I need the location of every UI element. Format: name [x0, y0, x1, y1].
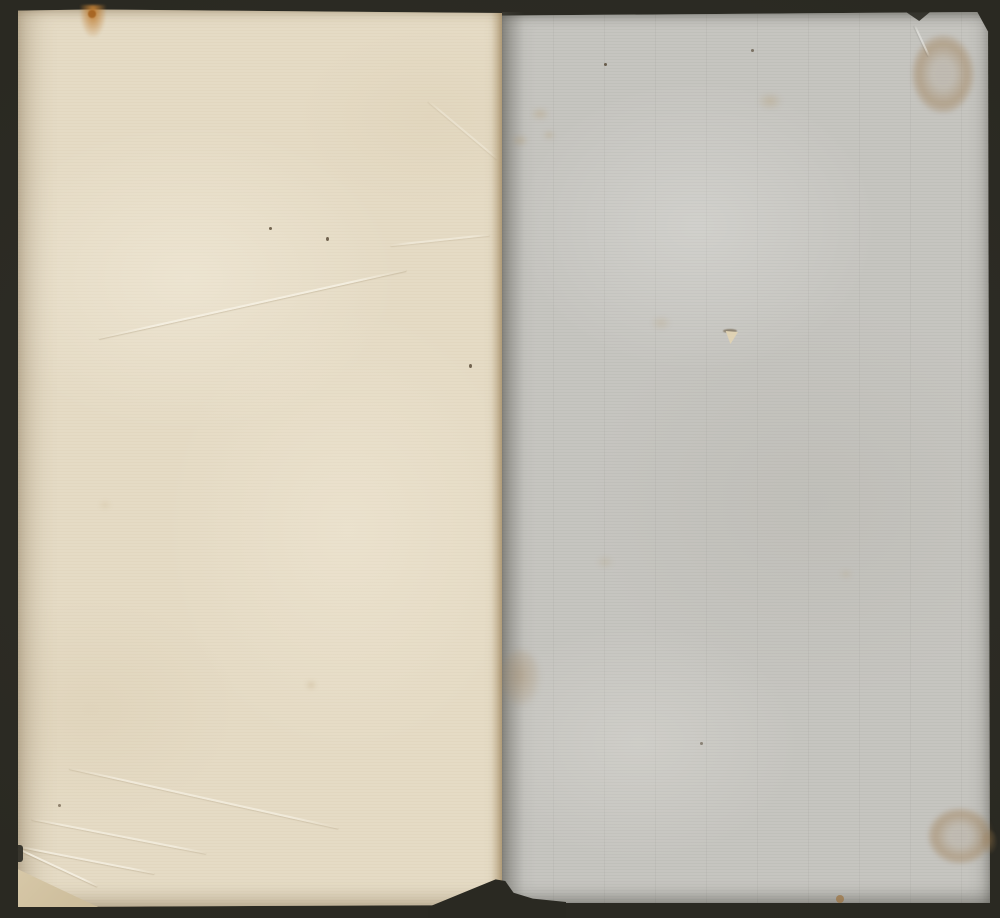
book-scan	[0, 0, 1000, 918]
stain-gutter-bottom	[500, 650, 540, 706]
blotch-right-page-1	[526, 104, 554, 124]
speck-right-page-3	[700, 742, 703, 745]
wrinkle-line-bottom-long	[69, 767, 339, 829]
speck-right-page-2	[751, 49, 754, 52]
speck-right-page-1	[604, 63, 607, 66]
speck-left-page-4	[58, 804, 61, 807]
speck-left-page-1	[269, 227, 272, 230]
blotch-right-page-6	[592, 552, 618, 572]
stain-top-right	[912, 35, 974, 113]
blotch-right-page-4	[752, 88, 788, 114]
wrinkle-line-bottom-mid	[31, 818, 206, 854]
speck-bottom-edge	[836, 895, 844, 903]
stain-bottom-right-edge	[982, 830, 997, 854]
blotch-left-page-2	[96, 498, 114, 512]
blotch-right-page-3	[540, 128, 558, 142]
blotch-right-page-2	[508, 132, 532, 149]
speck-left-page-2	[326, 237, 329, 241]
stain-amber-core	[88, 10, 96, 18]
left-edge-notch	[14, 845, 23, 862]
speck-left-page-3	[469, 364, 472, 368]
right-page	[502, 12, 990, 903]
blotch-right-page-7	[836, 566, 856, 582]
blotch-right-page-5	[646, 312, 676, 334]
crease-line-top-right	[428, 100, 498, 159]
blotch-left-page	[303, 678, 319, 692]
left-page	[18, 9, 502, 907]
crease-line-upper	[99, 269, 407, 339]
crease-line-upper-tail	[390, 234, 490, 246]
